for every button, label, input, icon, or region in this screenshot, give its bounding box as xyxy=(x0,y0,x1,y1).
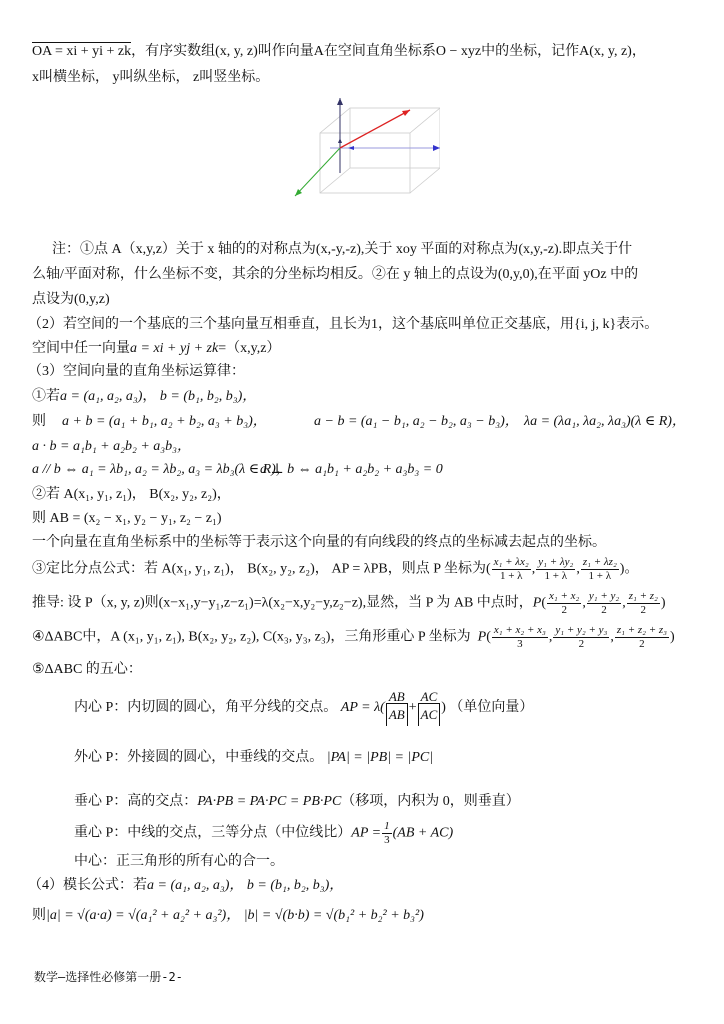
x-axis-arrow-icon xyxy=(433,145,440,151)
orthocenter-note: （移项，内积为 0，则垂直） xyxy=(341,794,520,809)
coord-definition-text: ，有序实数组(x, y, z)叫作向量A在空间直角坐标系O − xyz中的坐标，… xyxy=(131,44,646,59)
rule4-line: ④ΔABC中，A (x₁, y₁, z₁), B(x₂, y₂, z₂), C(… xyxy=(32,624,704,651)
coordinate-system-diagram xyxy=(290,98,440,218)
vector-oa-formula: OA = xi + yi + zk xyxy=(32,42,131,62)
derivation-line: 推导: 设 P（x, y, z)则(x−x₁,y−y₁,z−z₁)=λ(x₂−x… xyxy=(32,590,704,617)
scalar-multiply: λa = (λa₁, λa₂, λa₃)(λ ∈ R)， xyxy=(524,412,686,432)
page-footer: 数学—选择性必修第一册-2- xyxy=(34,968,183,985)
circumcenter-text: 外心 P：外接圆的圆心，中垂线的交点。 xyxy=(74,750,323,765)
vector-a-decomposition: a = xi + yj + zk xyxy=(130,341,218,356)
fraction: z₁ + z₂2 xyxy=(627,590,660,617)
note-line-3: 点设为(0,y,z) xyxy=(32,290,704,310)
vector-a-coords: a = (a₁, a₂, a₃) xyxy=(60,389,142,404)
part2-line-1: （2）若空间的一个基底的三个基向量互相垂直，且长为1，这个基底叫单位正交基底，用… xyxy=(28,315,704,335)
centroid-line: 重心 P：中线的交点，三等分点（中位线比）AP =13(AB + AC) xyxy=(74,820,704,847)
operations-line: 则 a + b = (a₁ + b₁, a₂ + b₂, a₃ + b₃)， a… xyxy=(32,412,704,432)
fraction: x₁ + x₂2 xyxy=(547,590,581,617)
fraction: x₁ + x₂ + x₃3 xyxy=(492,624,548,651)
incenter-formula: AP = λ( xyxy=(341,700,385,715)
dot-product: a · b = a₁b₁ + a₂b₂ + a₃b₃， xyxy=(32,439,191,454)
incenter-text: 内心 P：内切圆的圆心，角平分线的交点。 xyxy=(74,700,337,715)
part3-title: （3）空间向量的直角坐标运算律： xyxy=(28,362,704,382)
unit-vector-note: （单位向量） xyxy=(449,700,533,715)
part2-line-2: 空间中任一向量a = xi + yj + zk=（x,y,z） xyxy=(32,339,704,359)
rule2-note: 一个向量在直角坐标系中的坐标等于表示这个向量的有向线段的终点的坐标减去起点的坐标… xyxy=(32,533,704,553)
rule2-then-line: 则 AB = (x₂ − x₁, y₂ − y₁, z₂ − z₁) xyxy=(32,509,704,529)
dot-product-line: a · b = a₁b₁ + a₂b₂ + a₃b₃， xyxy=(32,437,704,457)
centroid-formula: AP = xyxy=(351,826,381,841)
fraction: y₁ + y₂ + y₃2 xyxy=(553,624,609,651)
rule4-prefix: ④ΔABC中，A (x₁, y₁, z₁), B(x₂, y₂, z₂), C(… xyxy=(32,630,471,645)
center-line: 中心：正三角形的所有心的合一。 xyxy=(74,852,704,872)
rule3-prefix: ③定比分点公式：若 A(x₁, y₁, z₁)， B(x₂, y₂, z₂)， … xyxy=(32,562,491,577)
rule3-line: ③定比分点公式：若 A(x₁, y₁, z₁)， B(x₂, y₂, z₂)， … xyxy=(32,556,704,583)
vector-b-coords: b = (b₁, b₂, b₃)， xyxy=(160,389,256,404)
part2-suffix: =（x,y,z） xyxy=(218,341,280,356)
vector-oa-arrow-icon xyxy=(402,110,410,116)
vector-diff: a − b = (a₁ − b₁, a₂ − b₂, a₃ − b₃)， xyxy=(314,412,519,432)
note-line-1: 注：①点 A（x,y,z）关于 x 轴的的对称点为(x,-y,-z),关于 xo… xyxy=(52,240,704,260)
circumcenter-line: 外心 P：外接圆的圆心，中垂线的交点。 |PA| = |PB| = |PC| xyxy=(74,748,704,768)
orthocenter-formula: PA·PB = PA·PC = PB·PC xyxy=(197,794,341,809)
fraction: y₁ + y₂2 xyxy=(587,590,621,617)
coord-definition-line: OA = xi + yi + zk，有序实数组(x, y, z)叫作向量A在空间… xyxy=(32,42,704,62)
orthocenter-text: 垂心 P：高的交点： xyxy=(74,794,197,809)
then-label: 则 xyxy=(32,414,46,429)
rule1-line: ①若a = (a₁, a₂, a₃)， b = (b₁, b₂, b₃)， xyxy=(32,387,704,407)
z-axis-arrow-icon xyxy=(337,98,343,105)
modulus-line: 则|a| = √(a·a) = √(a₁² + a₂² + a₃²)， |b| … xyxy=(32,906,704,926)
note-line-2: 么轴/平面对称，什么坐标不变，其余的分坐标均相反。②在 y 轴上的点设为(0,y… xyxy=(32,265,704,285)
perpendicular-condition: a ⊥ b ⇔ a₁b₁ + a₂b₂ + a₃b₃ = 0 xyxy=(260,460,443,480)
modulus-a: |a| = √(a·a) = √(a₁² + a₂² + a₃²)， xyxy=(46,908,240,923)
vector-sum: a + b = (a₁ + b₁, a₂ + b₂, a₃ + b₃)， xyxy=(62,412,267,432)
derivation-prefix: 推导: 设 P（x, y, z)则(x−x₁,y−y₁,z−z₁)=λ(x₂−x… xyxy=(32,596,533,611)
modulus-b: |b| = √(b·b) = √(b₁² + b₂² + b₃²) xyxy=(244,908,424,923)
orthocenter-line: 垂心 P：高的交点：PA·PB = PA·PC = PB·PC（移项，内积为 0… xyxy=(74,792,704,812)
rule5-title: ⑤ΔABC 的五心： xyxy=(32,660,704,680)
fraction: x₁ + λx₂1 + λ xyxy=(492,556,531,583)
circumcenter-formula: |PA| = |PB| = |PC| xyxy=(327,750,433,765)
rule1-prefix: ①若 xyxy=(32,389,60,404)
part4-title-line: （4）模长公式：若a = (a₁, a₂, a₃)， b = (b₁, b₂, … xyxy=(28,876,704,896)
part4-title: （4）模长公式：若 xyxy=(28,878,147,893)
centroid-text: 重心 P：中线的交点，三等分点（中位线比） xyxy=(74,826,351,841)
part2-prefix: 空间中任一向量 xyxy=(32,341,130,356)
fraction: z₁ + λz₂1 + λ xyxy=(581,556,619,583)
y-axis xyxy=(295,148,340,196)
incenter-line: 内心 P：内切圆的圆心，角平分线的交点。 AP = λ(ABAB+ACAC) （… xyxy=(74,690,704,726)
vector-oa xyxy=(340,110,410,148)
fraction: y₁ + λy₂1 + λ xyxy=(536,556,575,583)
fraction: z₁ + z₂ + z₃2 xyxy=(615,624,669,651)
coord-names-line: x叫横坐标， y叫纵坐标， z叫竖坐标。 xyxy=(32,68,704,88)
rule2-line: ②若 A(x₁, y₁, z₁)， B(x₂, y₂, z₂)， xyxy=(32,485,704,505)
parallel-perp-line: a // b ⇔ a₁ = λb₁, a₂ = λb₂, a₃ = λb₃(λ … xyxy=(32,460,704,480)
parallel-condition: a // b ⇔ a₁ = λb₁, a₂ = λb₂, a₃ = λb₃(λ … xyxy=(32,462,290,477)
